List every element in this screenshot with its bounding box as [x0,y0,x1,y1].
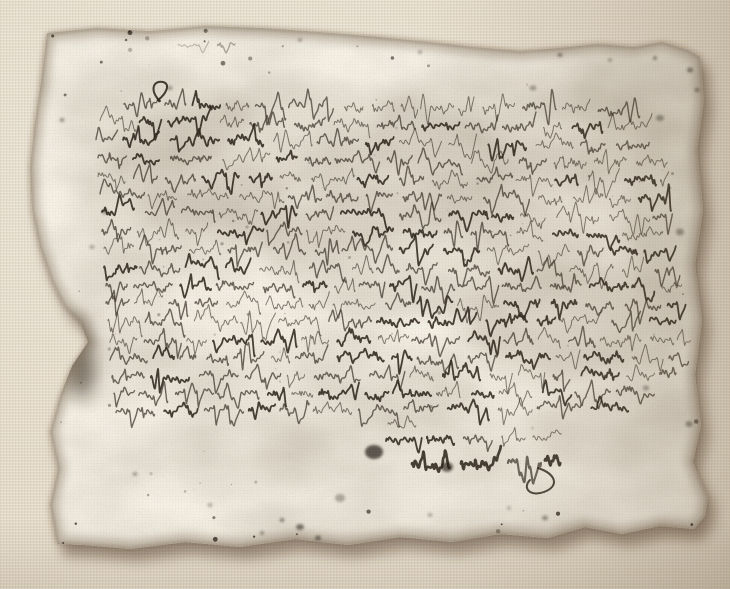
paper-speck [78,290,80,292]
paper-speck [284,313,285,314]
ink-blot [608,59,612,62]
paper-speck [639,181,641,183]
paper-speck [447,210,448,211]
paper-speck [128,30,130,32]
paper-speck [570,351,572,353]
paper-speck [643,148,644,149]
paper-speck [254,481,257,484]
ink-blot [441,462,453,472]
ink-blot [296,524,304,530]
paper-speck [375,99,377,101]
paper-speck [184,490,187,493]
paper-speck [438,311,442,315]
paper-speck [40,382,45,387]
paper-speck [398,366,400,368]
paper-grain [0,0,730,589]
paper-speck [286,187,289,190]
paper-speck [163,266,164,267]
ink-blot [418,51,422,54]
ink-blot [653,56,657,60]
ink-blot [208,503,213,507]
ink-blot [168,86,173,90]
paper-speck [221,61,226,66]
paper-speck [586,250,589,253]
paper-speck [97,172,100,175]
paper-speck [279,381,281,383]
manuscript-photo: Loveinge Contreyman I am bolde of yow as… [0,0,730,589]
paper-speck [556,512,560,516]
paper-speck [108,404,111,407]
paper-speck [395,126,398,129]
ink-blot [90,245,95,249]
paper-speck [199,108,201,110]
ink-blot [695,88,700,92]
paper-speck [245,225,248,228]
paper-speck [203,450,205,452]
paper-speck [279,351,282,354]
paper-speck [121,90,122,91]
paper-speck [177,358,178,359]
paper-speck [212,516,215,519]
paper-speck [366,509,370,513]
paper-speck [170,187,173,190]
paper-speck [40,41,44,45]
paper-speck [248,56,252,60]
paper-speck [690,523,693,526]
paper-speck [491,231,493,233]
paper-speck [427,64,430,67]
paper-speck [204,29,208,33]
ink-blot [428,513,433,517]
paper-speck [62,542,64,544]
paper-speck [159,296,160,297]
paper-speck [413,542,415,544]
paper-speck [522,510,524,512]
paper-speck [149,64,150,65]
paper-speck [268,71,270,73]
paper-speck [296,533,298,535]
paper-speck [391,333,392,334]
paper-speck [566,344,569,347]
paper-speck [391,56,394,59]
ink-blot [298,39,302,42]
paper-speck [232,220,235,223]
ink-blot [260,531,264,535]
paper-speck [36,420,41,425]
paper-speck [128,48,132,52]
paper-speck [157,313,160,316]
paper-speck [80,382,82,384]
paper-speck [125,39,127,41]
paper-speck [643,29,645,31]
paper-speck [612,196,613,197]
ink-blot [530,86,537,91]
paper-speck [522,223,523,224]
paper-speck [408,171,411,174]
ink-blot [335,494,345,502]
letter-svg [0,0,730,589]
paper-speck [510,234,512,236]
paper-speck [635,357,638,360]
paper-speck [247,313,250,316]
paper-speck [139,326,140,327]
paper-speck [39,407,42,410]
ink-blot [643,386,649,391]
paper-speck [282,45,284,47]
paper-speck [56,325,58,327]
ink-blot [133,472,138,476]
paper-speck [199,482,201,484]
paper-speck [114,333,116,335]
paper-speck [204,40,206,42]
ink-blot [542,516,548,521]
paper-speck [213,537,218,542]
ink-blot [676,229,684,236]
paper-speck [220,242,223,245]
paper-speck [669,187,672,190]
paper-speck [41,523,43,525]
paper-speck [41,523,43,525]
paper-speck [241,184,243,186]
paper-speck [501,523,503,525]
paper-speck [403,182,405,184]
paper-speck [64,93,67,96]
paper-speck [526,83,528,85]
paper-speck [653,334,655,336]
paper-speck [287,241,290,244]
paper-speck [662,170,663,171]
paper-speck [682,293,684,295]
paper-speck [149,472,152,475]
paper-speck [308,162,310,164]
paper-speck [159,239,161,241]
paper-speck [429,405,432,408]
ink-blot [686,421,693,427]
paper-speck [348,256,351,259]
ink-blot [687,68,693,73]
paper-speck [75,522,77,524]
ink-blot [60,118,65,122]
paper-speck [649,158,650,159]
paper-speck [108,347,111,350]
paper-speck [499,269,501,271]
paper-speck [74,336,77,339]
paper-speck [694,419,699,424]
paper-speck [496,529,500,533]
paper-speck [231,484,232,485]
paper-speck [413,124,414,125]
paper-speck [463,259,466,262]
paper-speck [51,35,54,38]
paper-speck [145,36,149,40]
paper-speck [374,154,376,156]
paper-speck [476,182,479,185]
paper-speck [100,61,103,64]
paper-speck [396,192,398,194]
paper-speck [36,346,40,350]
paper-speck [586,362,587,363]
paper-speck [588,175,591,178]
paper-surface [0,0,730,589]
paper-speck [213,333,216,336]
paper-speck [275,368,276,369]
ink-blot [102,210,108,215]
paper-speck [202,258,204,260]
paper-speck [147,494,150,497]
paper-speck [671,172,674,175]
paper-speck [513,149,515,151]
paper-speck [193,489,194,490]
ink-blot [558,53,563,57]
ink-blot [365,445,383,459]
ink-blot [315,536,321,541]
ink-blot [280,518,285,522]
paper-speck [514,385,516,387]
ink-blot [656,115,664,121]
paper-speck [356,45,358,47]
paper-speck [253,535,255,537]
paper-speck [531,426,534,429]
paper-speck [60,421,62,423]
ink-blot [507,506,511,510]
